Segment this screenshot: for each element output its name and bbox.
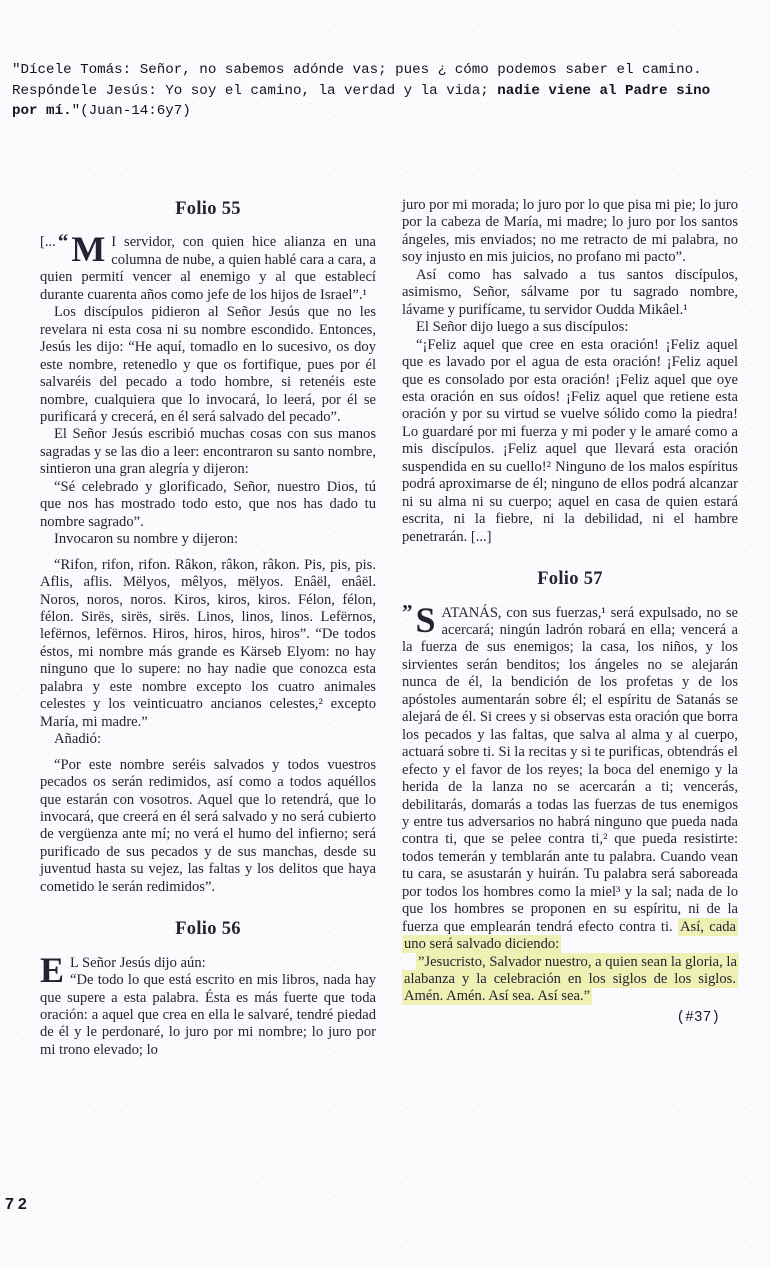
paragraph-se-celebrado: “Sé celebrado y glorificado, Señor, nues… [40, 479, 376, 531]
paragraph-satanas: ” S ATANÁS, con sus fuerzas,¹ será expul… [402, 605, 738, 954]
paragraph-el-senor-dijo-luego: El Señor dijo luego a sus discípulos: [402, 319, 738, 336]
drop-cap-s: S [416, 606, 436, 635]
folio-56-heading: Folio 56 [40, 921, 376, 938]
paragraph-rifon-names: “Rifon, rifon, rifon. Râkon, râkon, râko… [40, 557, 376, 732]
header-line-1: "Dícele Tomás: Señor, no sabemos adónde … [12, 60, 760, 81]
typewritten-header-quote: "Dícele Tomás: Señor, no sabemos adónde … [12, 60, 760, 122]
paragraph-asi-como-has-salvado: Así como has salvado a tus santos discíp… [402, 267, 738, 319]
paragraph-mi-servidor: [... “ M I servidor, con quien hice alia… [40, 234, 376, 304]
drop-cap-group: ” S [402, 606, 436, 635]
paragraph-los-discipulos: Los discípulos pidieron al Señor Jesús q… [40, 304, 376, 426]
paragraph-jesucristo-salvador: ”Jesucristo, Salvador nuestro, a quien s… [402, 954, 738, 1006]
two-column-text: Folio 55 [... “ M I servidor, con quien … [40, 197, 740, 1059]
paragraph-first-line: L Señor Jesús dijo aún: [70, 955, 206, 971]
paragraph-text: “De todo lo que está escrito en mis libr… [40, 972, 376, 1058]
header-line-2: Respóndele Jesús: Yo soy el camino, la v… [12, 81, 760, 102]
paragraph-el-senor-dijo-aun: E L Señor Jesús dijo aún: “De todo lo qu… [40, 955, 376, 1060]
paragraph-juro-por-mi-morada: juro por mi morada; lo juro por lo que p… [402, 197, 738, 267]
header-line-3: por mí."(Juan-14:6y7) [12, 101, 760, 122]
paragraph-anadio: Añadió: [40, 731, 376, 748]
open-quote-mark: ” [402, 606, 414, 619]
paragraph-invocaron: Invocaron su nombre y dijeron: [40, 531, 376, 548]
folio-57-heading: Folio 57 [402, 571, 738, 588]
page-number: 72 [5, 1196, 31, 1214]
header-line-3-bold: por mí. [12, 103, 72, 119]
paragraph-el-senor-escribio: El Señor Jesús escribió muchas cosas con… [40, 426, 376, 478]
reference-number: (#37) [402, 1010, 738, 1027]
folio-55-heading: Folio 55 [40, 201, 376, 218]
ellipsis-bracket: [... [40, 235, 56, 250]
header-line-3-regular: "(Juan-14:6y7) [72, 103, 191, 119]
drop-cap-e: E [40, 956, 64, 985]
open-quote-mark: “ [58, 235, 70, 248]
paragraph-por-este-nombre: “Por este nombre seréis salvados y todos… [40, 757, 376, 897]
paragraph-feliz-aquel: “¡Feliz aquel que cree en esta oración! … [402, 337, 738, 546]
highlighted-text-jesucristo: ”Jesucristo, Salvador nuestro, a quien s… [402, 953, 739, 1006]
drop-cap-group: E [40, 956, 64, 985]
right-column: juro por mi morada; lo juro por lo que p… [402, 197, 738, 1059]
drop-cap-m: M [71, 235, 105, 264]
header-line-2-bold: nadie viene al Padre sino [497, 83, 710, 99]
header-line-2-regular: Respóndele Jesús: Yo soy el camino, la v… [12, 83, 497, 99]
drop-cap-group: [... “ M [40, 235, 105, 264]
left-column: Folio 55 [... “ M I servidor, con quien … [40, 197, 376, 1059]
paragraph-text: ATANÁS, con sus fuerzas,¹ será expulsado… [402, 605, 738, 935]
